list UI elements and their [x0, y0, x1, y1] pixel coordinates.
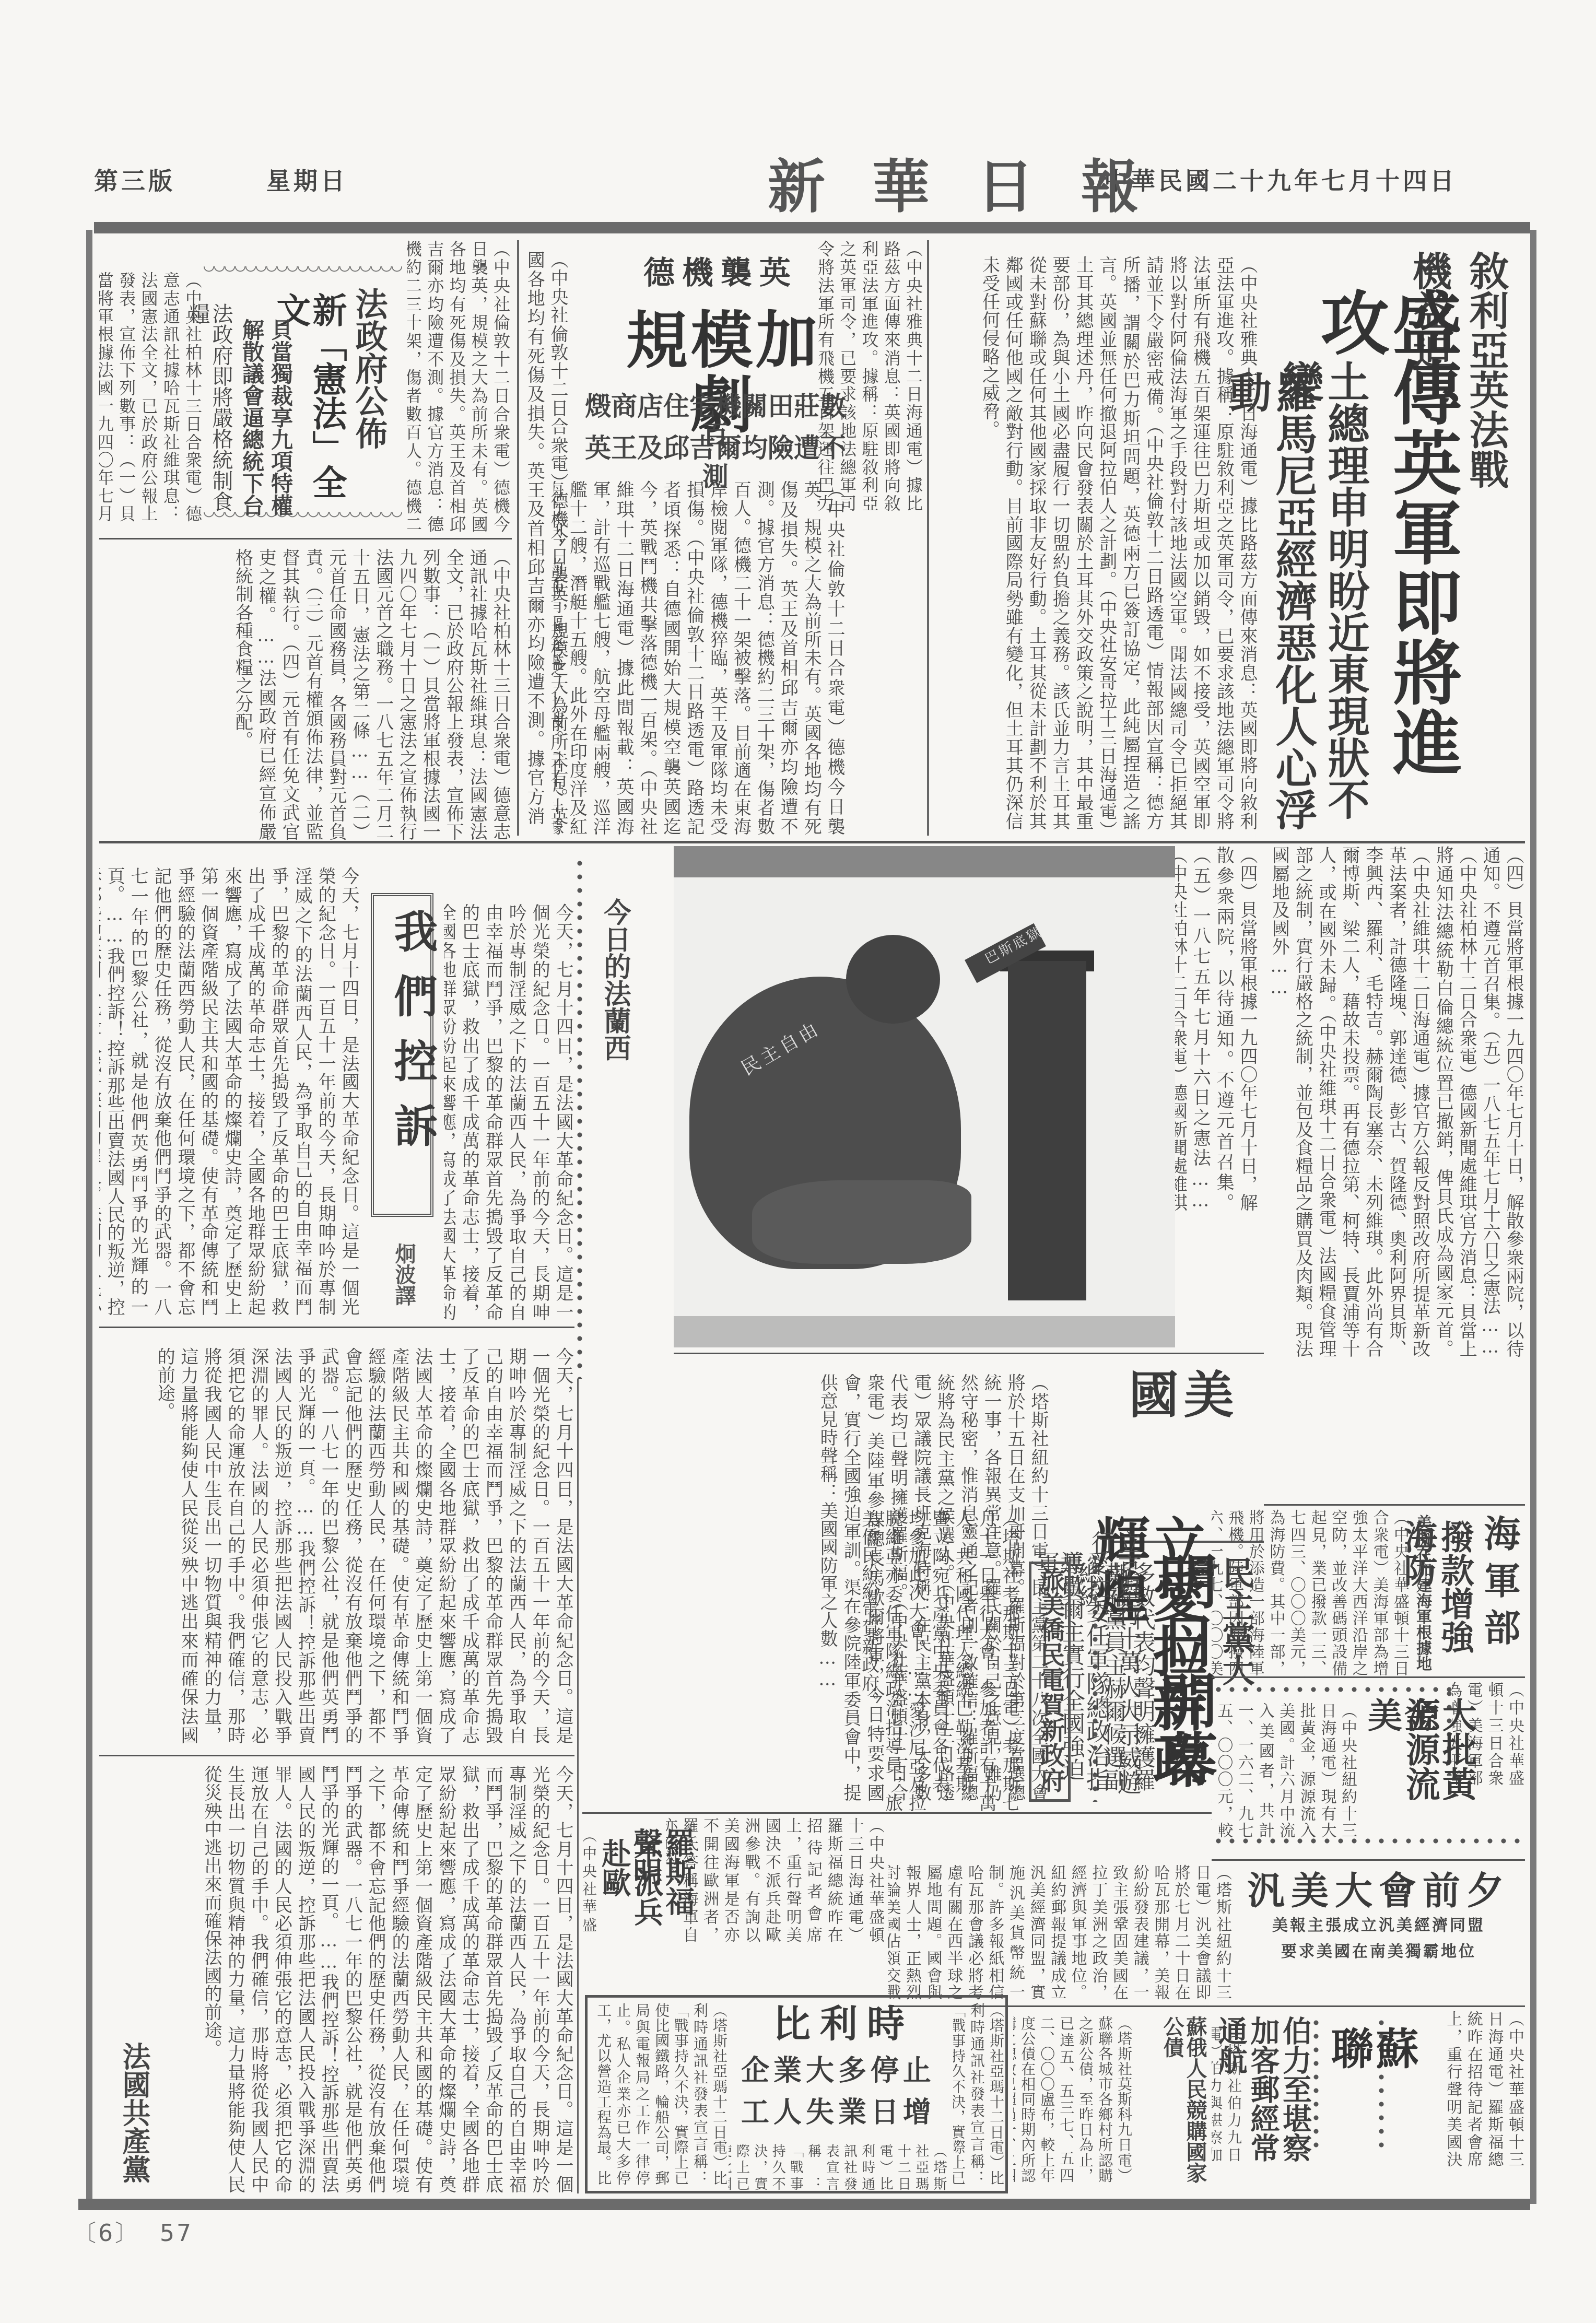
translator-byline: 炯波譯 [389, 1243, 419, 1306]
section-divider [99, 1755, 574, 1756]
article-body: 今天，七月十四日，是法國大革命紀念日。這是一個光榮的紀念日。一百五十一年前的今天… [99, 1347, 574, 1744]
article-navy: 海軍部 撥款增強海防 美擬在加建海軍根據地 （中央社華盛頓十三日合衆電）美海軍部… [1212, 1509, 1525, 1676]
article-body: （塔斯社考那斯十三日電）考那斯七月十一日舉行大會，參加者計有十萬人。共和國代理大… [582, 1509, 1021, 1812]
headline: 企業大多停止 [729, 2055, 948, 2086]
article-constitution: （中央社倫敦十二日合衆電）德機今日襲英，規模之大為前所未有。英國各地均有死傷及損… [99, 240, 512, 841]
article-belgium: 比利時 企業大多停止 工人失業日增 （塔斯社亞瑪十二日電）比利時通訊社發表宣言稱… [585, 1995, 1008, 2193]
article-petain-rule: （四）貝當將軍根據一九四〇年七月十日，解散參衆兩院，以待通知。不遵元首召集。（五… [1264, 846, 1525, 1358]
kicker: 蘇聯 [1327, 2026, 1416, 2152]
ornamental-border [1212, 1687, 1452, 1692]
article-ussr-air: （中央社華盛頓十三日海通電）羅斯福總統昨在招待記者會席上，重行聲明美國決不派兵赴… [1212, 2011, 1525, 2199]
section-divider [1212, 1859, 1525, 1861]
article-editorial: 我們控訴 炯波譯 今天，七月十四日，是法國大革命紀念日。這是一個光榮的紀念日。一… [99, 846, 574, 2193]
subheadline: 源源流美 [1363, 1697, 1439, 1833]
article-blitz: （中央社雅典十二日海通電）據比路茲方面傳來消息：英國即將向敘利亞法軍進攻。據稱：… [527, 240, 924, 841]
right-border-rule [1530, 230, 1536, 2204]
ornamental-border [1313, 2016, 1319, 2152]
article-body: （中央社華盛頓十三日海通電）羅斯福總統昨在招待記者會席上，重行聲明美國決不派兵赴… [666, 1817, 885, 1943]
article-body: （塔斯社亞瑪十二日電）比利時通訊社發表宣言稱：「戰事持久不決，實際上已使比國鐵路… [953, 2003, 1005, 2186]
editorial-signature: 法國共產黨 [115, 2042, 155, 2183]
ornamental-border [577, 857, 582, 1379]
section-divider [1264, 1504, 1525, 1506]
weekday: 星期日 [266, 162, 348, 196]
section-divider [582, 1812, 1212, 1814]
article-gold: （中央社華盛頓十三日合衆電）美海軍部為增強太平洋大西洋沿岸之空防，並改善碼頭設備… [1212, 1682, 1525, 1854]
article-panam: 汎美大會前夕 美報主張成立汎美經濟同盟 要求美國在南美獨霸地位 （塔斯社紐約十三… [888, 1864, 1525, 2000]
kicker: 法政府公佈 [351, 287, 386, 496]
subheadline: 美擬在加建海軍根據地 [1411, 1515, 1434, 1676]
headline: 汎美大會前夕 [1243, 1870, 1515, 1911]
article-body: （中央社華盛頓十三日海通電）羅斯福總統昨在招待記者會席上，重行聲明美國決不派兵赴… [582, 1828, 598, 1932]
subheadline: 貝當獨裁享九項特權 [268, 319, 292, 527]
kicker: 蘇俄人民競購國家公債 [1160, 2016, 1206, 2183]
article-body: （中央社紐約十三日海通電）現有大批黃金，源源流入美國。計六月中流入美國者，共計一… [1212, 1703, 1358, 1838]
article-ussr-bonds: 蘇俄人民競購國家公債 （塔斯社莫斯科九日電）蘇聯各城市各鄉村所認購之新公債，至昨… [1013, 2011, 1212, 2199]
bottom-border-rule [78, 2199, 1530, 2210]
article-body: （塔斯社紐約十三日電）汎美會議即將於七月二十日在哈瓦那開幕，美報紛紛發表建議，一… [888, 1864, 1233, 2000]
article-body: 今天，七月十四日，是法國大革命紀念日。這是一個光榮的紀念日。一百五十一年前的今天… [444, 904, 574, 1321]
article-body: 今天，七月十四日，是法國大革命紀念日。這是一個光榮的紀念日。一百五十一年前的今天… [167, 1765, 574, 2193]
column-divider [577, 1379, 579, 2193]
article-body: （四）貝當將軍根據一九四〇年七月十日，解散參衆兩院，以待通知。不遵元首召集。（五… [1165, 846, 1259, 1212]
ornamental-border [1212, 1838, 1525, 1844]
cartoon-caption: 今日的法蘭西 [595, 898, 635, 1118]
article-body: （中央社華盛頓十三日合衆電）美海軍部為增強太平洋大西洋沿岸之空防，並改善碼頭設備… [1212, 1509, 1410, 1676]
article-body: （中央社倫敦十二日合衆電）德機今日襲英，規模之大為前所未有。英國各地均有死傷及損… [407, 240, 512, 533]
kicker: 德機襲英 [627, 256, 815, 290]
section-divider [99, 1327, 574, 1328]
subheadline: 美報主張成立汎美經濟同盟 [1243, 1917, 1515, 1934]
article-body: （四）貝當將軍根據一九四〇年七月十日，解散參衆兩院，以待通知。不遵元首召集。（五… [1264, 846, 1525, 1358]
page-reference: 〔6〕 [73, 2220, 140, 2247]
newspaper-title: 新華日報 [768, 141, 1186, 224]
article-body: （中央社倫敦十二日合衆電）德機今日襲英，規模之大為前所未有。英國各地均有死傷及損… [527, 251, 569, 825]
kicker: 比利時 [739, 2003, 948, 2044]
article-body: 今天，七月十四日，是法國大革命紀念日。這是一個光榮的紀念日。一百五十一年前的今天… [99, 867, 360, 1316]
tower-illustration [1008, 961, 1086, 1300]
article-body: （塔斯社莫斯科九日電）蘇聯各城市各鄉村所認購之新公債，至昨日為止，已達五、五三七… [1013, 2016, 1133, 2183]
top-border-rule [94, 222, 1530, 233]
section-divider [1212, 1676, 1525, 1678]
kicker: 海軍部 [1480, 1515, 1520, 1682]
article-body: （塔斯社亞瑪十二日電）比利時通訊社發表宣言稱：「戰事持久不決，實際上已使比國鐵路… [593, 2003, 729, 2186]
article-body: （中央社雅典十二日海通電）據比路茲方面傳來消息：英國即將向敘利亞法軍進攻。據稱：… [935, 256, 1259, 830]
ornamental-border [204, 266, 402, 276]
subheadline: 不派兵赴歐 [598, 1838, 662, 1943]
article-body: （中央社華盛頓十三日海通電）羅斯福總統昨在招待記者會席上，重行聲明美國決不派兵赴… [1441, 2011, 1525, 2167]
article-roosevelt: （中央社華盛頓十三日海通電）羅斯福總統昨在招待記者會席上，重行聲明美國決不派兵赴… [582, 1817, 885, 1953]
article-body: （塔斯社伯力九日電）伯力與堪察加間，新闢之郵航與客航線已開始經常交通。 [1212, 2026, 1243, 2162]
article-body: （中央社柏林十三日合衆電）德意志通訊社據哈瓦斯社維琪息：法國憲法全文，已於政府公… [99, 272, 204, 522]
page-number: 57 [160, 2220, 193, 2247]
headline: 伯力至堪察加客郵經常通航 [1243, 2016, 1311, 2162]
editorial-title: 我們控訴 [381, 909, 444, 1212]
subheadline: 解散議會逼總統下台 [240, 319, 264, 527]
article-body: （中央社倫敦十二日合衆電）德機今日襲英，規模之大為前所未有。英國各地均有死傷及損… [554, 480, 846, 836]
edition-number: 第三版 [94, 162, 175, 196]
column-divider [517, 240, 519, 836]
subheadline: 工人失業日增 [729, 2097, 948, 2128]
page-footer: 〔6〕 57 [73, 2214, 193, 2248]
subheadline: 要求美國在南美獨霸地位 [1243, 1943, 1515, 1960]
masthead: 中華民國二十九年七月十四日 新華日報 星期日 第三版 [94, 131, 1525, 204]
section-divider [99, 538, 512, 539]
article-body: （中央社柏林十三日合衆電）德意志通訊社據哈瓦斯社維琪息：法國憲法全文，已於政府公… [99, 548, 512, 841]
article-syria: 敘利亞英法戰機益迫 盛傳英軍即將進攻 土總理申明盼近東現狀不變 羅馬尼亞經濟惡化… [935, 240, 1525, 841]
article-lithuania: 立愛拉新政輝煌 立京舉行十萬人大示威遊行 愛拉委任軍隊總政治指導員 旅美僑民電賀… [582, 1509, 1209, 1812]
article-body: （塔斯社亞瑪十二日電）比利時通訊社發表宣言稱：「戰事持久不決，實際上已使比國鐵路… [729, 2144, 948, 2191]
cartoon-today-france: 民主自由 巴斯底獄 [674, 846, 1175, 1347]
column-divider [927, 240, 929, 836]
section-divider [674, 1353, 1264, 1354]
section-divider [99, 841, 1525, 843]
left-border-rule [86, 230, 92, 2204]
ornamental-border [204, 512, 402, 521]
subheadline: 旅美僑民電賀新政府 [1036, 1567, 1064, 1802]
